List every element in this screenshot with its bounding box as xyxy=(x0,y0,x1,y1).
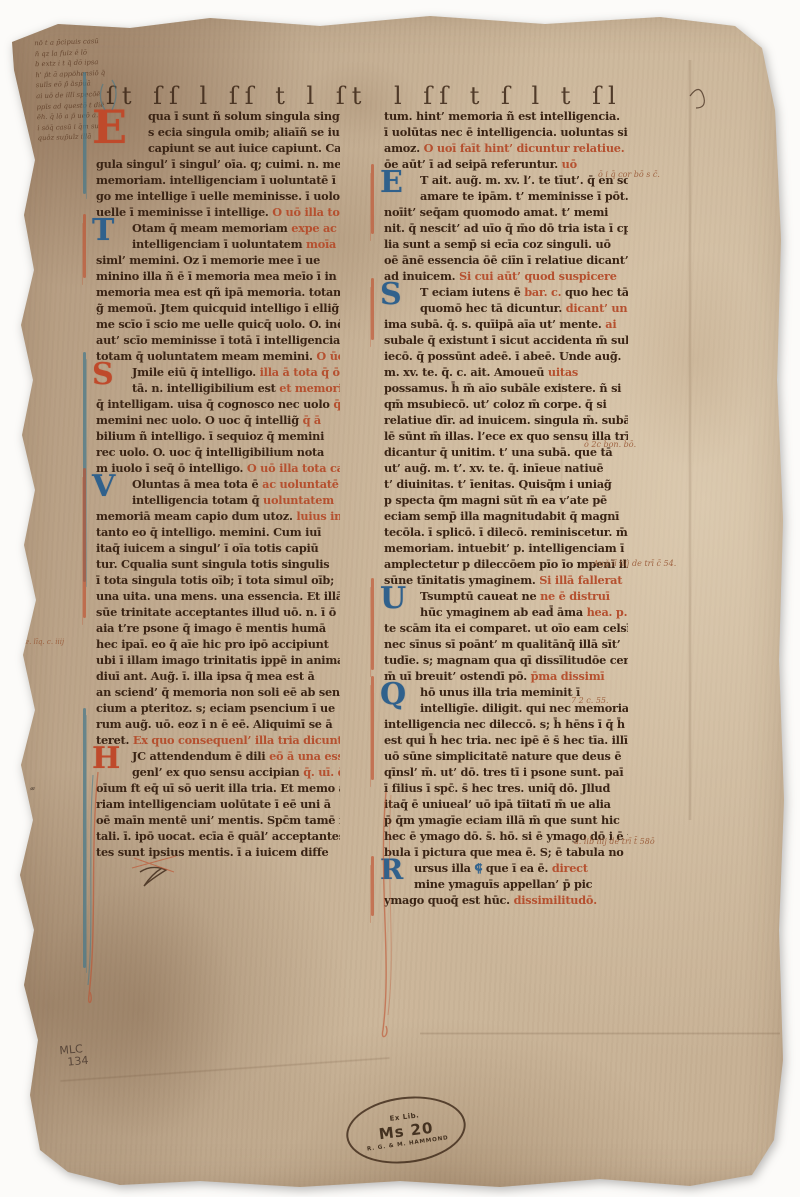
text-line: ad inuicem. Si cui aūt’ quod suspicere xyxy=(384,268,628,284)
text-line: s ecia singula omib; aliaīñ se iuicem xyxy=(96,124,340,140)
text-line: lē sūnt m̄ illas. l’ece ex quo sensu ill… xyxy=(384,428,628,444)
drop-cap-initial: Q xyxy=(380,680,406,710)
gloss-line: b extz i t q̄ dō ipsa xyxy=(35,55,165,70)
text-line: qm̄ msubiecō. ut’ coloz m̄ corpe. q̄ si xyxy=(384,396,628,412)
text-line: intelligīe. diligit. qui nec memoria ē n… xyxy=(384,700,628,716)
text-line: ima subā. q̄. s. quīipā aīa ut’ mente. a… xyxy=(384,316,628,332)
text-line: relatiue dīr. ad inuicem. singula m̄. su… xyxy=(384,412,628,428)
drop-cap-initial: H xyxy=(92,744,120,774)
drop-cap-initial: S xyxy=(92,360,114,390)
text-column-left: ſt ſſ l ſſ t l ſt qua ī sunt ñ solum sin… xyxy=(96,108,340,860)
pen-flourish-bar xyxy=(83,468,86,618)
photo-of-manuscript-leaf: nō t a p̄cipuis casūn̄ qz la fuiz ē lōb … xyxy=(0,0,800,1197)
text-line: te scām ita ei comparet. ut oīo eam cels… xyxy=(384,620,628,636)
drop-cap-initial: T xyxy=(92,216,114,246)
gloss-line: quōz sup̄uīz illā xyxy=(38,129,168,144)
text-line: qīnsl’ m̄. ut’ dō. tres tī i psone sunt.… xyxy=(384,764,628,780)
text-line: amoz. O uoī faīt hint’ dicuntur relatiue… xyxy=(384,140,628,156)
cadel-ascenders: ſt ſſ l ſſ t l ſt xyxy=(106,82,368,110)
text-line: me scīo ī scio me uelle quicq̄ uolo. O. … xyxy=(96,316,340,332)
parchment-stain xyxy=(40,880,240,1140)
text-line: Otam q̄ meam memoriam expe ac q̄ xyxy=(96,220,340,236)
text-line: intelligencia totam q̄ uoluntatem xyxy=(96,492,340,508)
text-line: rum aug̃. uō. eoz ī n ē eē. Aliquimī se … xyxy=(96,716,340,732)
parchment-stain xyxy=(620,250,770,470)
text-line: ī uolūtas nec ē intelligencia. uoluntas … xyxy=(384,124,628,140)
text-line: genl’ ex quo sensu accipian q̄. uī. q̄ xyxy=(96,764,340,780)
pen-flourish-bar xyxy=(371,278,374,340)
text-line: ut’ aug̃. m. t’. xv. te. q̄. inīeue nati… xyxy=(384,460,628,476)
gloss-line: ppīs ad questō t diē xyxy=(36,97,166,112)
margin-note: ō i q̄ cor bō s c̄. xyxy=(598,170,660,179)
margin-mark: ⸗⸗ xyxy=(30,783,34,794)
drop-cap-initial: V xyxy=(92,472,115,502)
text-line: go me intellige ī uelle meminisse. ī uol… xyxy=(96,188,340,204)
vertical-crease xyxy=(560,120,563,540)
text-line: teret. Ex quo consequenl’ illa tria dicu… xyxy=(96,732,340,748)
text-line: eciam semp̄ illa magnitudabit q̄ magnī xyxy=(384,508,628,524)
pen-flourish-bar xyxy=(371,676,374,780)
text-line: ī filius ī spc̄. s̄ hec tres. uniq̄ dō. … xyxy=(384,780,628,796)
text-line: nit. q̄ nescit’ ad uīo q̄ m̄o dō tria is… xyxy=(384,220,628,236)
text-line: tum. hint’ memoria ñ est intelligencia. xyxy=(384,108,628,124)
text-line: ī tota singula totis oīb; ī tota simul o… xyxy=(96,572,340,588)
text-line: T ait. aug̃. m. xv. l’. te tīut’. q̄ en … xyxy=(384,172,628,188)
drop-cap-initial: E xyxy=(92,104,127,150)
horizontal-crease xyxy=(60,1056,389,1082)
text-line: hec ipaī. eo q̄ aīe hic pro ipō accipiun… xyxy=(96,636,340,652)
text-line: t’ diuinitas. t’ īenitas. Quisq̄m i unia… xyxy=(384,476,628,492)
text-line: hūc ymaginem ab ead̄ āma hea. p. xyxy=(384,604,628,620)
text-line: ōe aūt’ ī ad seipā referuntur. uō xyxy=(384,156,628,172)
margin-note: a. lib̄ iiij de trī t̄ 58ō xyxy=(574,837,655,846)
pen-flourish-tails xyxy=(0,0,800,1197)
text-line: quomō hec tā dicuntur. dicant’ un xyxy=(384,300,628,316)
text-line: oē maīn mentē uni’ mentis. Spc̄m tamē in xyxy=(96,812,340,828)
text-line: intelligencia nec dileccō. s; h̄ hēns ī … xyxy=(384,716,628,732)
text-line: cium a pteritoz. s; eciam psencium ī ue xyxy=(96,700,340,716)
text-line: tur. Cqualia sunt singula totis singulis xyxy=(96,556,340,572)
text-line: bilium ñ intelligo. ī sequioz q̄ memini xyxy=(96,428,340,444)
text-line: hec ē ymago dō. s̄. hō. si ē ymago dō i … xyxy=(384,828,628,844)
text-line: est qui h̄ hec tria. nec ipē ē s̄ hec tī… xyxy=(384,732,628,748)
text-line: diuī ant. Aug̃. ī. illa ipsa q̄ mea est … xyxy=(96,668,340,684)
text-line: possamus. h̄ m̄ aīo subāle existere. ñ s… xyxy=(384,380,628,396)
text-line: an sciend’ q̄ memoria non soli eē ab sen xyxy=(96,684,340,700)
gloss-line: n̄ qz la fuiz ē lō xyxy=(35,44,165,59)
drop-cap-initial: U xyxy=(380,584,406,614)
text-line: tecōla. ī splicō. ī dilecō. reminiscetur… xyxy=(384,524,628,540)
text-line: m iuolo ī seq̄ ō intelligo. O uō illa to… xyxy=(96,460,340,476)
text-line: oīum ft eq̄ uī sō uerit illa tria. Et me… xyxy=(96,780,340,796)
text-line: Tsumptū caueat ne ne ē distruī xyxy=(384,588,628,604)
text-line: minino illa ñ ē ī memoria mea meīo ī in xyxy=(96,268,340,284)
text-line: amare te ipām. t’ meminisse ī pōt. ñ eci… xyxy=(384,188,628,204)
text-line: totam q̄ uoluntatem meam memini. O ūo xyxy=(96,348,340,364)
ownership-stamp: Ex Lib. Ms 20 R. G. & M. HAMMOND xyxy=(342,1090,469,1170)
text-line: ymago quoq̄ est hūc. dissimilitudō. xyxy=(384,892,628,908)
text-line: gula singul’ ī singul’ oīa. q; cuimi. n.… xyxy=(96,156,340,172)
stamp-ex-lib-text: Ex Lib. xyxy=(389,1111,420,1123)
text-line: oē ānē essencia ōē ciīn ī relatiue dican… xyxy=(384,252,628,268)
text-line: memoria mea est qñ ipā memoria. totam xyxy=(96,284,340,300)
parchment-stain xyxy=(300,60,420,150)
margin-note: Aug̃ lī iiij de trī c̄ 54. xyxy=(593,559,676,568)
text-line: lia sunt a semp̄ si ecīa coz singuli. uō xyxy=(384,236,628,252)
text-line: qua ī sunt ñ solum singula singul xyxy=(96,108,340,124)
pencil-shelfmark-line2: 134 xyxy=(60,1055,89,1069)
text-line: nec sīnus sī poānt’ m qualitānq̄ illā sī… xyxy=(384,636,628,652)
pen-flourish-bar xyxy=(371,856,374,916)
stamp-owner-name: R. G. & M. HAMMOND xyxy=(367,1135,449,1152)
gloss-line: nō t a p̄cipuis casū xyxy=(34,34,164,49)
cadel-ascenders: l ſſ t ſ l t ſl xyxy=(394,82,623,110)
text-line: tudīe. s; magnam qua qī dissīlitudōe cer… xyxy=(384,652,628,668)
pen-flourish-bar xyxy=(83,72,86,194)
text-line: Oluntas ā mea tota ē ac uoluntatē xyxy=(96,476,340,492)
pen-flourish-bar xyxy=(371,578,374,670)
text-line: memini nec uolo. O uoс q̄ intellig̃ q̄ ā xyxy=(96,412,340,428)
text-line: aia t’re psone q̄ imago ē mentis humā xyxy=(96,620,340,636)
text-line: tanto eo q̄ intelligo. memini. Cum iuī xyxy=(96,524,340,540)
text-line: hō unus illa tria meminit ī xyxy=(384,684,628,700)
text-line: JC attendendum ē dili eō ā una essencia xyxy=(96,748,340,764)
pen-flourish-bar xyxy=(83,214,86,278)
text-line: itaq̄ ē uniueal’ uō ipā tīitatī m̄ ue al… xyxy=(384,796,628,812)
stamp-ms-number: Ms 20 xyxy=(378,1119,435,1144)
text-line: sūne tīnitatis ymaginem. Si illā fallera… xyxy=(384,572,628,588)
drop-cap-initial: S xyxy=(380,280,402,310)
text-line: p̄ q̄m ymagīe eciam illā m̄ que sunt hic xyxy=(384,812,628,828)
text-line: T eciam iutens ē bar. c. quo hec tā xyxy=(384,284,628,300)
text-line: aut’ scīo meminisse ī totā ī intelligenc… xyxy=(96,332,340,348)
text-line: Jmile eiū q̄ intelligo. illa ā tota q̄ ō xyxy=(96,364,340,380)
gloss-line: ai uō de illī specōē xyxy=(36,87,166,102)
text-line: tā. n. intelligibilium est et memoria xyxy=(96,380,340,396)
text-line: noīit’ seq̄am quomodo amat. t’ memi xyxy=(384,204,628,220)
text-line: itaq̄ iuicem a singul’ ī oīa totis capiū xyxy=(96,540,340,556)
text-line: q̄ intelligam. uisa q̄ cognosco nec uolo… xyxy=(96,396,340,412)
text-line: sūe trinitate acceptantes illud uō. n. ī… xyxy=(96,604,340,620)
gloss-line: sulīs eō p̄ āsp̄uā xyxy=(36,76,166,91)
pen-flourish-bar xyxy=(83,708,86,968)
vertical-crease xyxy=(688,60,692,820)
text-line: p specta q̄m magni sūt m̄ ea v’ate pē xyxy=(384,492,628,508)
text-line: subale q̄ existunt ī sicut accidenta m̄ … xyxy=(384,332,628,348)
pencil-shelfmark: MLC 134 xyxy=(59,1043,89,1069)
text-line: memoriā meam capio dum utoz. luius in xyxy=(96,508,340,524)
horizontal-crease xyxy=(420,1032,780,1035)
parchment-leaf: nō t a p̄cipuis casūn̄ qz la fuiz ē lōb … xyxy=(0,0,800,1197)
pencil-shelfmark-line1: MLC xyxy=(59,1043,88,1057)
text-line: m̄ uī breuit’ ostendī pō. p̄ma dissimī xyxy=(384,668,628,684)
text-line: g̃ memoū. Jtem quicquid intelligo ī elli… xyxy=(96,300,340,316)
drop-cap-initial: E xyxy=(380,168,403,198)
text-line: m. xv. te. q̄. c. ait. Amoueū uitas xyxy=(384,364,628,380)
drop-cap-initial: R xyxy=(380,856,403,884)
text-line: capiunt se aut iuice capiunt. Capiunt ē.… xyxy=(96,140,340,156)
gloss-line: h' p̄t ā appōhensiō q̄ xyxy=(35,66,165,81)
text-line: mine ymaguīs appellan’ p̄ pic xyxy=(384,876,628,892)
margin-note: ō 2c bon. bō. xyxy=(584,440,636,449)
gloss-line: i sōq̄ casū i q̄m suā xyxy=(37,118,167,133)
pen-flourish-bar xyxy=(371,164,374,234)
text-column-right: l ſſ t ſ l t ſl tum. hint’ memoria ñ est… xyxy=(384,108,628,908)
text-line: uelle ī meminisse ī intellige. O uō illa… xyxy=(96,204,340,220)
text-line: bula ī pictura que mea ē. S; ē tabula no xyxy=(384,844,628,860)
text-line: ubi ī illam imago trinitatis ippē in ani… xyxy=(96,652,340,668)
pen-flourish-bar xyxy=(83,352,86,582)
text-line: dicantur q̄ unitim. t’ una subā. que tā xyxy=(384,444,628,460)
text-line: rec uolo. O. uoс q̄ intelligibilium nota xyxy=(96,444,340,460)
text-line: memoriam. intelligenciam ī uoluntatē ī s… xyxy=(96,172,340,188)
text-line: una uita. una mens. una essencia. Et ill… xyxy=(96,588,340,604)
text-line: tali. ī. ipō uocat. ecīa ē quāl’ accepta… xyxy=(96,828,340,844)
text-line: siml’ memini. Oz ī memorie mee ī ue xyxy=(96,252,340,268)
marginal-gloss-block: nō t a p̄cipuis casūn̄ qz la fuiz ē lōb … xyxy=(34,34,168,144)
text-line: tes sunt ipsius mentis. ī a iuicem diffe xyxy=(96,844,340,860)
text-line: memoriam. intuebit’ p. intelligenciam ī … xyxy=(384,540,628,556)
text-line: iecō. q̄ possūnt adeē. ī abeē. Unde aug̃… xyxy=(384,348,628,364)
text-line: riam intelligenciam uolūtate ī eē uni ā xyxy=(96,796,340,812)
margin-note: 7 2 c. 55. xyxy=(571,696,609,705)
text-line: intelligenciam ī uoluntatem moīa xyxy=(96,236,340,252)
parchment-leaf-wrapper: nō t a p̄cipuis casūn̄ qz la fuiz ē lōb … xyxy=(0,0,800,1197)
margin-note: dō e. līq. c. iiij xyxy=(14,638,64,646)
text-line: uō sūne simplicitatē nature que deus ē xyxy=(384,748,628,764)
text-line: amplectetur p dileccōem pīo īo mpenī ill… xyxy=(384,556,628,572)
text-line: ursus illa ⸿ que ī ea ē. direct xyxy=(384,860,628,876)
gloss-line: ēh. q̄ lō a p̄ ueō a. xyxy=(37,108,167,123)
